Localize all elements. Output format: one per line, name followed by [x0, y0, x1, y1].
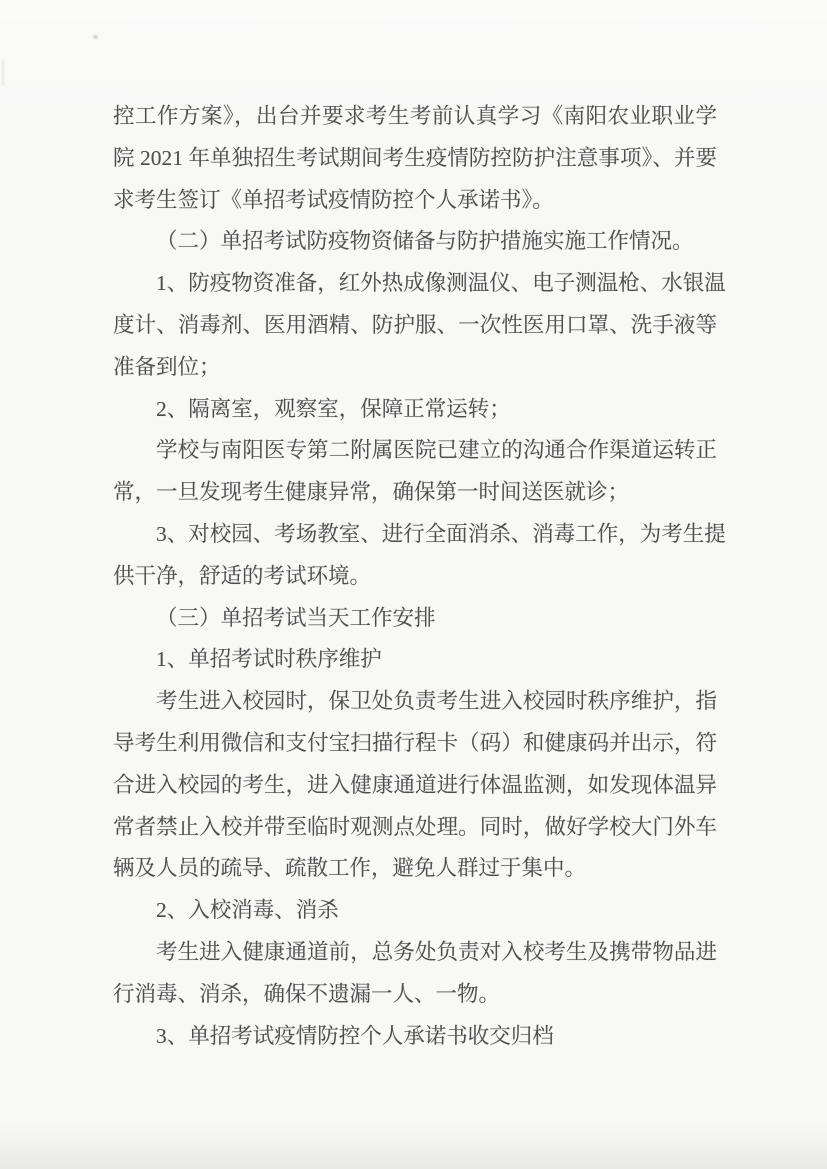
text-line: 行消毒、消杀，确保不遗漏一人、一物。 — [113, 974, 717, 1016]
text-line: 3、单招考试疫情防控个人承诺书收交归档 — [113, 1016, 717, 1058]
scan-speck — [93, 35, 98, 39]
text-line: 准备到位； — [113, 347, 717, 389]
text-line: 1、单招考试时秩序维护 — [113, 639, 717, 681]
text-line: 导考生利用微信和支付宝扫描行程卡（码）和健康码并出示，符 — [113, 723, 717, 765]
text-line: 辆及人员的疏导、疏散工作，避免人群过于集中。 — [113, 848, 717, 890]
bottom-scan-shade — [0, 1121, 827, 1169]
text-line: （二）单招考试防疫物资储备与防护措施实施工作情况。 — [113, 221, 717, 263]
text-line: 学校与南阳医专第二附属医院已建立的沟通合作渠道运转正 — [113, 430, 717, 472]
text-line: 1、防疫物资准备，红外热成像测温仪、电子测温枪、水银温 — [113, 263, 717, 305]
text-line: 常者禁止入校并带至临时观测点处理。同时，做好学校大门外车 — [113, 807, 717, 849]
text-line: 常，一旦发现考生健康异常，确保第一时间送医就诊； — [113, 472, 717, 514]
text-line: （三）单招考试当天工作安排 — [113, 598, 717, 640]
text-line: 考生进入校园时，保卫处负责考生进入校园时秩序维护，指 — [113, 681, 717, 723]
text-line: 考生进入健康通道前，总务处负责对入校考生及携带物品进 — [113, 932, 717, 974]
scan-edge-artifact — [2, 60, 4, 86]
text-line: 控工作方案》，出台并要求考生考前认真学习《南阳农业职业学 — [113, 96, 717, 138]
document-page: 控工作方案》，出台并要求考生考前认真学习《南阳农业职业学 院 2021 年单独招… — [0, 0, 827, 1169]
text-line: 院 2021 年单独招生考试期间考生疫情防控防护注意事项》、并要 — [113, 138, 717, 180]
document-text-block: 控工作方案》，出台并要求考生考前认真学习《南阳农业职业学 院 2021 年单独招… — [113, 96, 717, 1057]
text-line: 供干净，舒适的考试环境。 — [113, 556, 717, 598]
text-line: 求考生签订《单招考试疫情防控个人承诺书》。 — [113, 180, 717, 222]
text-line: 2、隔离室，观察室，保障正常运转； — [113, 389, 717, 431]
text-line: 度计、消毒剂、医用酒精、防护服、一次性医用口罩、洗手液等 — [113, 305, 717, 347]
text-line: 2、入校消毒、消杀 — [113, 890, 717, 932]
text-line: 3、对校园、考场教室、进行全面消杀、消毒工作，为考生提 — [113, 514, 717, 556]
text-line: 合进入校园的考生，进入健康通道进行体温监测，如发现体温异 — [113, 765, 717, 807]
